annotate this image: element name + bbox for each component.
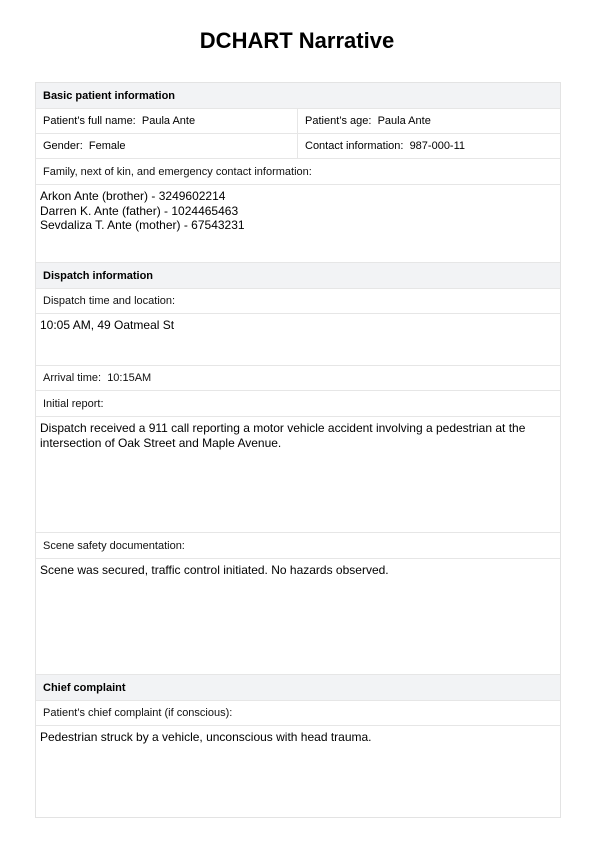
narrative-form: Basic patient information Patient’s full… [35, 82, 561, 818]
field-label: Patient’s age: [305, 115, 371, 127]
family-contact-entry: Darren K. Ante (father) - 1024465463 [40, 204, 556, 219]
initial-report-value: Dispatch received a 911 call reporting a… [40, 421, 556, 450]
field-label: Gender: [43, 140, 83, 152]
field-label: Patient’s full name: [43, 115, 136, 127]
scene-safety-value: Scene was secured, traffic control initi… [40, 563, 556, 578]
age-value: Paula Ante [378, 115, 431, 127]
contact-value: 987-000-11 [410, 140, 465, 152]
scene-safety-label-row: Scene safety documentation: [36, 533, 560, 559]
section-header-dispatch: Dispatch information [36, 263, 560, 289]
section-title: Chief complaint [43, 682, 126, 694]
field-label: Dispatch time and location: [43, 295, 175, 307]
section-title: Basic patient information [43, 90, 175, 102]
family-contacts-field[interactable]: Arkon Ante (brother) - 3249602214 Darren… [36, 185, 560, 263]
name-age-row: Patient’s full name: Paula Ante Patient’… [36, 109, 560, 134]
full-name-value: Paula Ante [142, 115, 195, 127]
age-field[interactable]: Patient’s age: Paula Ante [297, 109, 560, 133]
gender-contact-row: Gender: Female Contact information: 987-… [36, 134, 560, 159]
section-title: Dispatch information [43, 270, 153, 282]
field-label: Contact information: [305, 140, 403, 152]
chief-complaint-label-row: Patient’s chief complaint (if conscious)… [36, 701, 560, 726]
chief-complaint-value: Pedestrian struck by a vehicle, unconsci… [40, 730, 556, 745]
contact-field[interactable]: Contact information: 987-000-11 [297, 134, 560, 158]
full-name-field[interactable]: Patient’s full name: Paula Ante [36, 109, 297, 133]
chief-complaint-field[interactable]: Pedestrian struck by a vehicle, unconsci… [36, 726, 560, 817]
family-contacts-label-row: Family, next of kin, and emergency conta… [36, 159, 560, 185]
field-label: Patient’s chief complaint (if conscious)… [43, 707, 232, 719]
section-header-chief-complaint: Chief complaint [36, 675, 560, 701]
dispatch-time-location-value: 10:05 AM, 49 Oatmeal St [40, 318, 556, 333]
field-label: Family, next of kin, and emergency conta… [43, 166, 312, 178]
family-contact-entry: Arkon Ante (brother) - 3249602214 [40, 189, 556, 204]
field-label: Scene safety documentation: [43, 540, 185, 552]
section-header-basic-info: Basic patient information [36, 83, 560, 109]
gender-field[interactable]: Gender: Female [36, 134, 297, 158]
dispatch-time-location-field[interactable]: 10:05 AM, 49 Oatmeal St [36, 314, 560, 366]
document-title: DCHART Narrative [0, 27, 594, 55]
dispatch-time-location-label-row: Dispatch time and location: [36, 289, 560, 314]
field-label: Initial report: [43, 398, 104, 410]
family-contact-entry: Sevdaliza T. Ante (mother) - 67543231 [40, 218, 556, 233]
field-label: Arrival time: [43, 372, 101, 384]
gender-value: Female [89, 140, 126, 152]
scene-safety-field[interactable]: Scene was secured, traffic control initi… [36, 559, 560, 675]
arrival-time-value: 10:15AM [107, 372, 151, 384]
initial-report-field[interactable]: Dispatch received a 911 call reporting a… [36, 417, 560, 533]
arrival-time-field[interactable]: Arrival time: 10:15AM [36, 366, 560, 391]
initial-report-label-row: Initial report: [36, 391, 560, 417]
